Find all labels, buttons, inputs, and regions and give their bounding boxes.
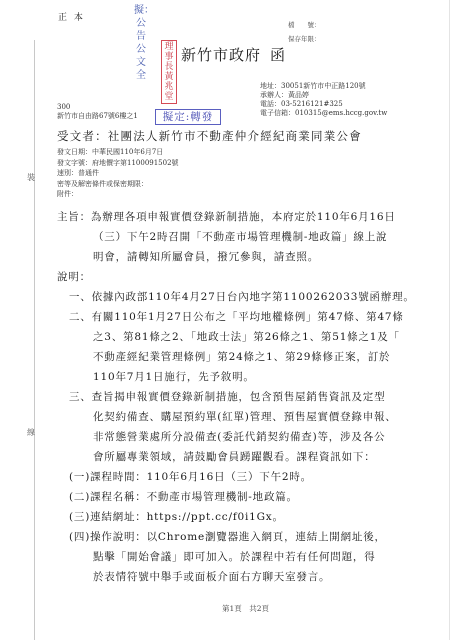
document-meta: 發文日期：中華民國110年6月7日 發文字號：府地價字第1100091502號 … [57,147,179,200]
page-number-footer: 第1頁 共2頁 [222,603,269,614]
sender-address: 地址：30051新竹市中正路120號 [260,82,387,91]
attachment: 附件： [57,189,179,200]
item-number: 二、 [69,311,92,323]
course-time: (一)課程時間：110年6月16日（三）下午2時。 [69,467,415,487]
item-text: 有關110年1月27日公布之「平均地權條例」第47條、第47條 [92,311,404,323]
item-text: 110年7月1日施行，先予敘明。 [69,367,415,387]
issue-date: 發文日期：中華民國110年6月7日 [57,147,179,158]
explanation-section: 說明： 一、依據內政部110年4月27日台內地字第1100262033號函辦理。… [57,267,415,587]
document-title-org: 新竹市政府 [181,44,261,65]
item-text: 查旨揭申報實價登錄新制措施，包含預售屋銷售資訊及定型 [92,391,386,403]
explanation-label: 說明： [57,267,415,287]
course-name: (二)課程名稱：不動產市場管理機制-地政篇。 [69,487,415,507]
sender-info-block: 地址：30051新竹市中正路120號 承辦人：黃品婷 電話：03-5216121… [260,82,387,118]
sub-item-text: 操作說明：以Chrome瀏覽器進入網頁，連結上開網址後， [90,531,386,543]
recipient-postal-code: 300 [57,103,70,112]
security-level: 密等及解密條件或保密期限： [57,179,179,190]
page-edge [449,0,450,640]
sub-item-text: 課程時間：110年6月16日（三）下午2時。 [90,471,312,483]
document-number: 發文字號：府地價字第1100091502號 [57,158,179,169]
draft-stamp-vertical: 擬：公告公文全 [134,4,148,82]
sender-officer: 承辦人：黃品婷 [260,91,387,100]
item-text: 化契約備查、購屋預約單(紅單)管理、預售屋實價登錄申報、 [69,407,415,427]
retention-period-label: 保存年限： [288,34,321,43]
item-text: 不動產經紀業管理條例」第24條之1、第29條修正案，訂於 [69,347,415,367]
subject-line-2: （三）下午2時召開「不動產市場管理機制-地政篇」線上說 [57,227,396,247]
binding-mark-top: 裝 [27,172,35,183]
sender-phone: 電話：03-5216121#325 [260,100,387,109]
item-text: 非常態營業處所分設備查(委託代銷契約備查)等，涉及各公 [69,427,415,447]
binding-mark-bottom: 線 [27,427,35,438]
delivery-speed: 速別：普通件 [57,168,179,179]
document-title-type: 函 [270,44,286,65]
course-url-link[interactable]: 連結網址：https://ppt.cc/f0i1Gx。 [90,511,284,523]
recipient-address: 新竹市自由路67號6樓之1 [57,112,138,121]
explanation-item-3: 三、查旨揭申報實價登錄新制措施，包含預售屋銷售資訊及定型 化契約備查、購屋預約單… [57,387,415,587]
item-number: 三、 [69,391,92,403]
explanation-item-2: 二、有關110年1月27日公布之「平均地權條例」第47條、第47條 之3、第81… [57,307,415,387]
subject-section: 主旨：為辦理各項申報實價登錄新制措施，本府定於110年6月16日 （三）下午2時… [57,207,396,267]
subject-label: 主旨： [57,211,91,223]
item-text: 之3、第81條之2、「地政士法」第26條之1、第51條之1及「 [69,327,415,347]
sender-email: 電子信箱：010315@ems.hccg.gov.tw [260,109,387,118]
subject-line-3: 明會，請轉知所屬會員，撥冗參與，請查照。 [57,247,396,267]
chairman-seal-stamp: 理事長黃兆堂 [161,40,177,104]
explanation-item-1: 一、依據內政部110年4月27日台內地字第1100262033號函辦理。 [57,287,415,307]
approval-stamp-box: 擬定:轉發 [155,109,221,125]
sub-item-number: (三) [69,511,90,523]
sub-item-number: (四) [69,531,90,543]
receiver-line: 受文者：社團法人新竹市不動產仲介經紀商業同業公會 [57,128,362,144]
sub-item-text: 課程名稱：不動產市場管理機制-地政篇。 [90,491,298,503]
binding-line [34,40,35,640]
sub-item-text: 點擊「開始會議」即可加入。於課程中若有任何問題，得 [69,547,415,567]
item-number: 一、 [69,291,92,303]
sub-item-text: 於表情符號中舉手或面板介面右方聊天室發言。 [69,567,415,587]
operation-instructions: (四)操作說明：以Chrome瀏覽器進入網頁，連結上開網址後， 點擊「開始會議」… [69,527,415,587]
item-text: 會所屬專業領域，請鼓勵會員踴躍觀看。課程資訊如下： [69,447,415,467]
sub-item-number: (二) [69,491,90,503]
file-number-label: 檔 號： [288,20,321,29]
subject-line-1: 為辦理各項申報實價登錄新制措施，本府定於110年6月16日 [91,211,396,223]
item-text: 依據內政部110年4月27日台內地字第1100262033號函辦理。 [92,291,415,303]
course-link: (三)連結網址：https://ppt.cc/f0i1Gx。 [69,507,415,527]
sub-item-number: (一) [69,471,90,483]
copy-type-label: 正 本 [58,10,85,23]
